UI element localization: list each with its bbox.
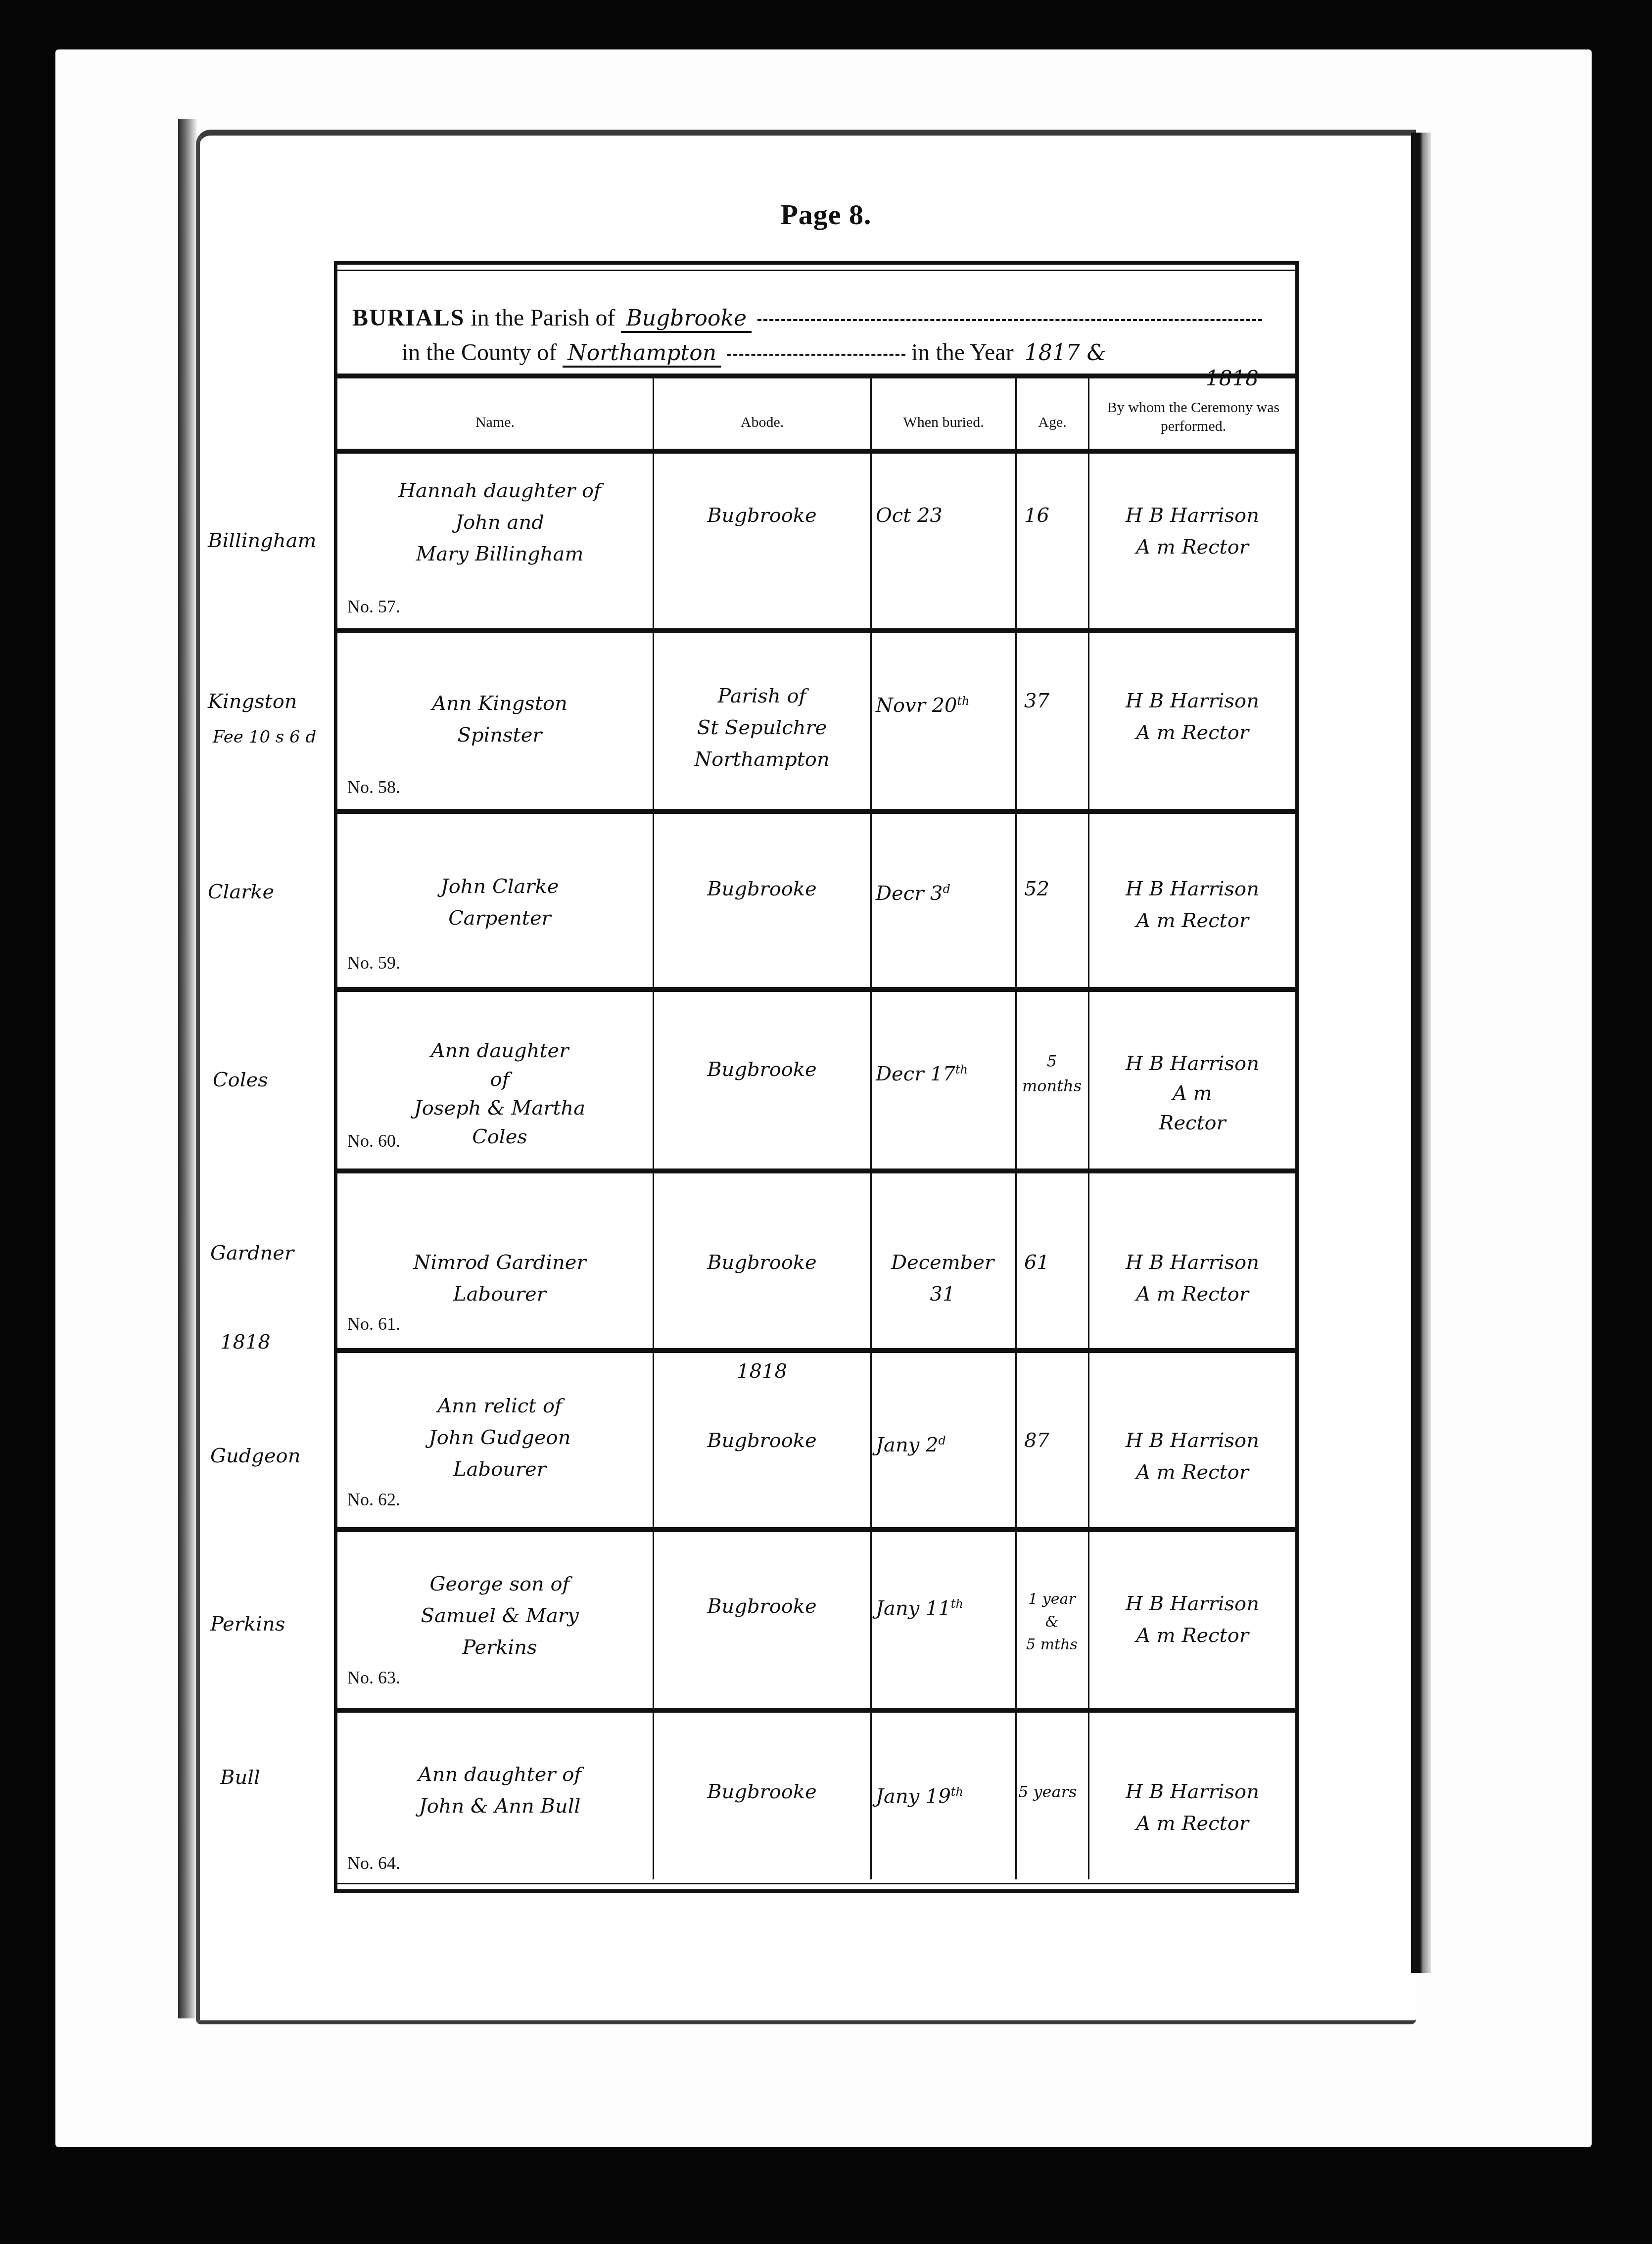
entry-number: No. 64. <box>347 1853 400 1873</box>
name-line: Joseph & Martha <box>346 1094 653 1122</box>
entry-officiant: H B Harrison A m Rector <box>1088 1049 1296 1138</box>
heading-parish-label: in the Parish of <box>471 305 615 331</box>
entry-name: Ann Kingston Spinster <box>346 688 653 751</box>
row-rule <box>337 809 1295 814</box>
row-rule <box>337 628 1295 633</box>
name-line: Nimrod Gardiner <box>346 1247 653 1278</box>
row-rule <box>337 987 1295 992</box>
entry-number: No. 58. <box>347 777 400 797</box>
margin-surname: Gardner <box>210 1242 294 1264</box>
year-value: 1817 & <box>1020 340 1111 366</box>
name-line: John Clarke <box>346 871 653 902</box>
divider-abode-when <box>870 378 872 1879</box>
row-rule <box>337 1348 1295 1353</box>
name-line: Ann relict of <box>346 1390 653 1422</box>
name-line: Spinster <box>346 719 653 751</box>
name-line: of <box>346 1065 653 1094</box>
entry-name: Ann daughter of John & Ann Bull <box>346 1759 653 1822</box>
officiant-line: H B Harrison <box>1088 1049 1296 1078</box>
name-line: Carpenter <box>346 902 653 934</box>
entry-when-buried: Jany 11th <box>876 1588 963 1624</box>
entry-age: 5 months <box>1016 1049 1088 1098</box>
margin-surname: Perkins <box>210 1613 285 1636</box>
parish-filler-line <box>757 319 1262 321</box>
when-buried-date: Jany 2 <box>876 1434 938 1456</box>
row-rule <box>337 1527 1295 1532</box>
age-line: 1 year <box>1016 1588 1088 1611</box>
entry-abode: Bugbrooke <box>658 1054 866 1085</box>
entry-number: No. 60. <box>347 1130 400 1151</box>
margin-surname: Billingham <box>208 529 316 552</box>
entry-age: 1 year & 5 mths <box>1016 1588 1088 1656</box>
name-line: Samuel & Mary <box>346 1600 653 1632</box>
entry-number: No. 57. <box>347 596 400 617</box>
date-ordinal: th <box>957 694 969 708</box>
officiant-line: A m Rector <box>1088 905 1296 936</box>
when-buried-date: Oct 23 <box>876 504 943 527</box>
age-line: 5 <box>1016 1049 1088 1074</box>
date-ordinal: th <box>951 1785 963 1799</box>
entry-number: No. 62. <box>347 1489 400 1510</box>
officiant-line: H B Harrison <box>1088 1588 1296 1620</box>
officiant-line: A m Rector <box>1088 531 1296 563</box>
age-line: months <box>1016 1074 1088 1098</box>
parish-name: Bugbrooke <box>621 306 752 333</box>
entry-number: No. 59. <box>347 952 400 973</box>
margin-fee-note: Fee 10 s 6 d <box>213 727 316 747</box>
entry-number: No. 63. <box>347 1667 400 1688</box>
entry-officiant: H B Harrison A m Rector <box>1088 1588 1296 1651</box>
officiant-line: A m Rector <box>1088 717 1296 748</box>
officiant-line: A m Rector <box>1088 1278 1296 1310</box>
name-line: Perkins <box>346 1632 653 1663</box>
officiant-line: H B Harrison <box>1088 500 1296 531</box>
date-ordinal: th <box>951 1597 963 1611</box>
margin-surname: Kingston <box>208 690 297 713</box>
when-buried-date: Decr 17 <box>876 1063 955 1085</box>
row-rule <box>337 449 1295 454</box>
date-ordinal: d <box>943 882 950 896</box>
entry-officiant: H B Harrison A m Rector <box>1088 685 1296 748</box>
officiant-line: Rector <box>1088 1108 1296 1138</box>
entry-age: 87 <box>1024 1425 1049 1456</box>
margin-surname: Gudgeon <box>210 1445 300 1467</box>
entry-name: John Clarke Carpenter <box>346 871 653 934</box>
age-line: 5 mths <box>1016 1634 1088 1656</box>
officiant-line: H B Harrison <box>1088 1776 1296 1808</box>
margin-surname: Coles <box>213 1069 268 1091</box>
heading-county-label: in the County of <box>402 339 557 366</box>
name-line: Ann daughter <box>346 1036 653 1065</box>
abode-line: St Sepulchre <box>658 712 866 744</box>
when-buried-date: December <box>871 1247 1014 1278</box>
entry-number: No. 61. <box>347 1313 400 1334</box>
name-line: Hannah daughter of <box>346 475 653 507</box>
entry-abode: Bugbrooke <box>658 1247 866 1278</box>
entry-age: 52 <box>1024 873 1049 905</box>
entry-officiant: H B Harrison A m Rector <box>1088 500 1296 563</box>
name-line: Mary Billingham <box>346 538 653 570</box>
age-line: & <box>1016 1611 1088 1634</box>
when-buried-day: 31 <box>871 1278 1014 1310</box>
page-title: Page 8. <box>0 198 1652 231</box>
abode-line: Parish of <box>658 680 866 712</box>
heading-burials: BURIALS <box>352 305 465 331</box>
heading-parish-line: BURIALS in the Parish of Bugbrooke <box>352 304 1275 331</box>
entry-abode: Bugbrooke <box>658 500 866 531</box>
when-buried-date: Novr 20 <box>876 694 957 717</box>
heading-year-label: in the Year <box>911 339 1014 366</box>
name-line: John & Ann Bull <box>346 1790 653 1822</box>
date-ordinal: th <box>955 1063 968 1076</box>
name-line: John and <box>346 507 653 538</box>
abode-line: Northampton <box>658 744 866 775</box>
entry-when-buried: Decr 17th <box>876 1054 968 1090</box>
column-header-officiant: By whom the Ceremony was performed. <box>1089 398 1297 436</box>
entry-name: George son of Samuel & Mary Perkins <box>346 1568 653 1663</box>
abode-year-note: 1818 <box>658 1356 866 1387</box>
entry-name: Nimrod Gardiner Labourer <box>346 1247 653 1310</box>
officiant-line: A m Rector <box>1088 1456 1296 1488</box>
entry-age: 61 <box>1024 1247 1049 1278</box>
entry-when-buried: Decr 3d <box>876 873 950 909</box>
entry-name: Hannah daughter of John and Mary Billing… <box>346 475 653 570</box>
name-line: Ann Kingston <box>346 688 653 719</box>
name-line: John Gudgeon <box>346 1422 653 1453</box>
entry-abode: Bugbrooke <box>658 1776 866 1808</box>
row-rule <box>337 1169 1295 1173</box>
entry-officiant: H B Harrison A m Rector <box>1088 1776 1296 1839</box>
when-buried-date: Jany 11 <box>876 1597 951 1620</box>
entry-when-buried: Oct 23 <box>876 500 943 531</box>
when-buried-date: Decr 3 <box>876 882 943 905</box>
name-line: Labourer <box>346 1278 653 1310</box>
entry-age: 5 years <box>1018 1776 1077 1808</box>
county-name: Northampton <box>563 340 721 368</box>
entry-abode: Bugbrooke <box>658 873 866 905</box>
entry-abode: Bugbrooke <box>658 1425 866 1456</box>
date-ordinal: d <box>938 1434 945 1448</box>
name-line: George son of <box>346 1568 653 1600</box>
officiant-line: H B Harrison <box>1088 1425 1296 1456</box>
column-header-when-buried: When buried. <box>872 413 1015 432</box>
officiant-line: H B Harrison <box>1088 685 1296 717</box>
entry-abode: Bugbrooke <box>658 1590 866 1622</box>
entry-age: 37 <box>1024 685 1049 717</box>
margin-surname: Bull <box>220 1766 260 1789</box>
county-filler-line <box>727 354 905 356</box>
name-line: Ann daughter of <box>346 1759 653 1790</box>
name-line: Labourer <box>346 1453 653 1485</box>
entry-officiant: H B Harrison A m Rector <box>1088 873 1296 936</box>
entry-when-buried: Jany 2d <box>876 1425 946 1461</box>
officiant-line: A m Rector <box>1088 1808 1296 1839</box>
when-buried-date: Jany 19 <box>876 1785 951 1808</box>
officiant-line: A m <box>1088 1078 1296 1108</box>
officiant-line: H B Harrison <box>1088 1247 1296 1278</box>
margin-year-note: 1818 <box>220 1331 271 1354</box>
entry-name: Ann relict of John Gudgeon Labourer <box>346 1390 653 1485</box>
officiant-line: A m Rector <box>1088 1620 1296 1651</box>
spine-shadow <box>178 119 198 2018</box>
column-header-age: Age. <box>1017 413 1088 432</box>
book-binding-edge <box>1411 133 1431 1973</box>
entry-officiant: H B Harrison A m Rector <box>1088 1425 1296 1488</box>
officiant-line: H B Harrison <box>1088 873 1296 905</box>
entry-officiant: H B Harrison A m Rector <box>1088 1247 1296 1310</box>
row-rule <box>337 1708 1295 1713</box>
heading-county-line: in the County of Northampton in the Year… <box>402 339 1275 366</box>
column-header-abode: Abode. <box>654 413 870 432</box>
entry-when-buried: Novr 20th <box>876 685 970 721</box>
entry-when-buried: Jany 19th <box>876 1776 963 1812</box>
entry-when-buried: December 31 <box>871 1247 1014 1310</box>
column-header-name: Name. <box>337 413 653 432</box>
entry-age: 16 <box>1024 500 1049 531</box>
entry-abode: Parish of St Sepulchre Northampton <box>658 680 866 775</box>
margin-surname: Clarke <box>208 881 274 903</box>
heading-rule <box>337 374 1295 378</box>
